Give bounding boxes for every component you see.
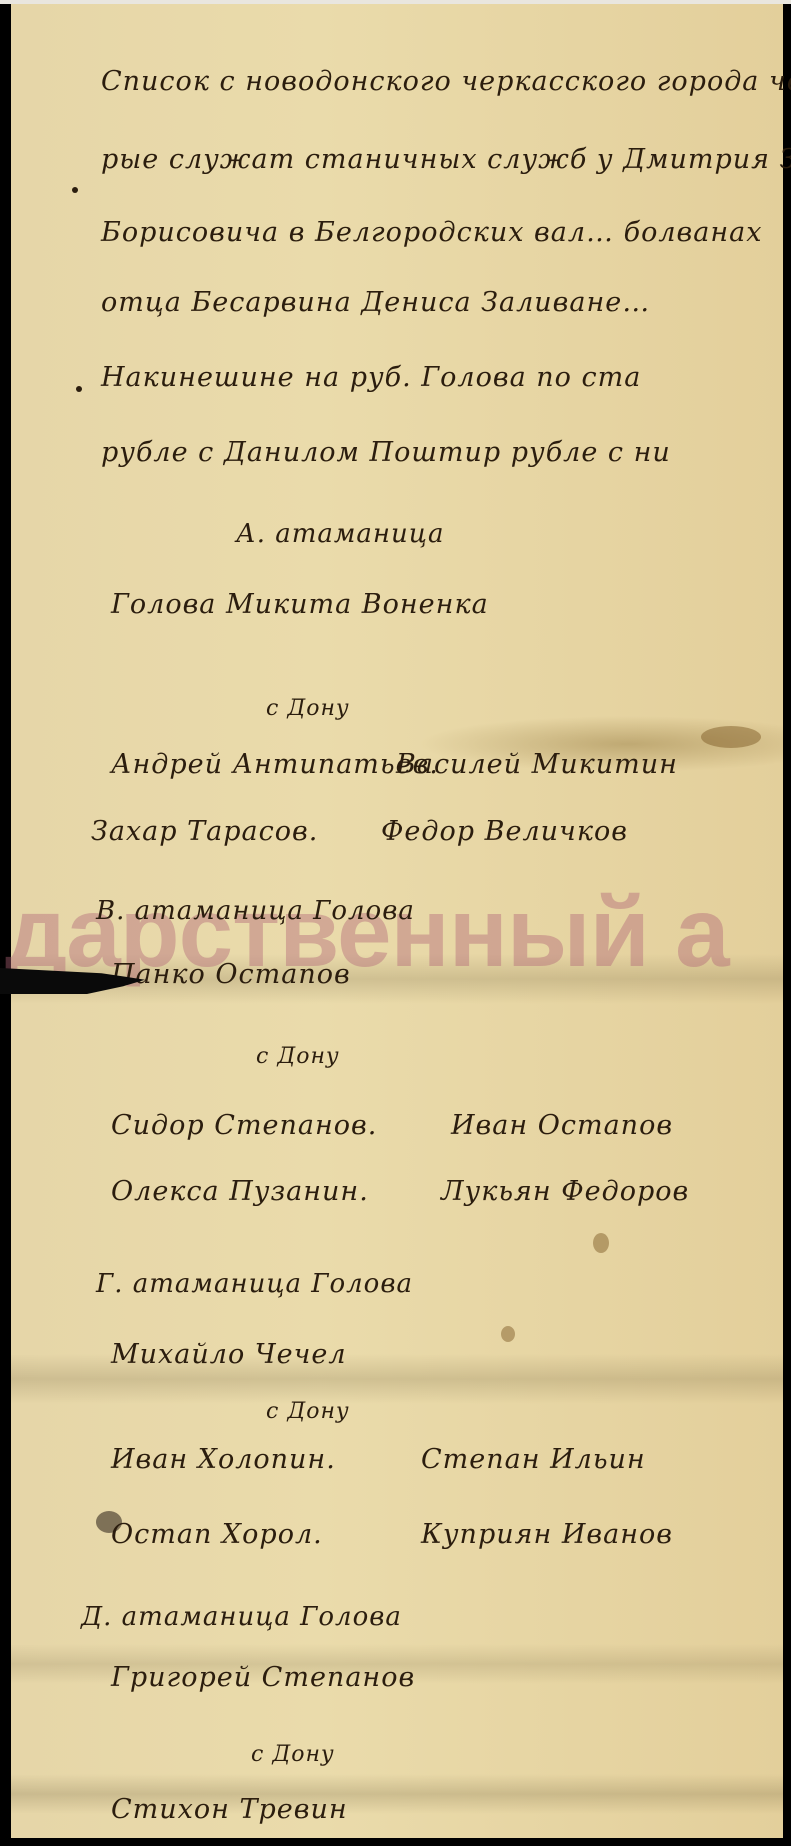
member-name: Захар Тарасов. bbox=[91, 816, 318, 847]
member-name: Василей Микитин bbox=[396, 749, 678, 780]
section-head-line: Панко Остапов bbox=[111, 959, 351, 990]
member-name: Сидор Степанов. bbox=[111, 1110, 377, 1141]
section-heading: Г. атаманица Голова bbox=[96, 1269, 413, 1299]
from-label: с Дону bbox=[266, 1399, 350, 1424]
member-name: Остап Хорол. bbox=[111, 1519, 323, 1550]
from-label: с Дону bbox=[256, 1044, 340, 1069]
from-label: с Дону bbox=[266, 696, 350, 721]
preamble-line: Накинешине на руб. Голова по ста bbox=[101, 362, 641, 393]
section-head-line: Григорей Степанов bbox=[111, 1662, 415, 1693]
preamble-line: Список с новодонского черкасского города… bbox=[101, 66, 791, 97]
ink-stain bbox=[501, 1326, 515, 1342]
preamble-line: рые служат станичных служб у Дмитрия З bbox=[101, 144, 791, 175]
member-name: Степан Ильин bbox=[421, 1444, 646, 1475]
member-name: Иван Холопин. bbox=[111, 1444, 336, 1475]
margin-mark bbox=[72, 187, 78, 193]
section-heading: А. атаманица bbox=[236, 519, 444, 549]
preamble-line: Борисовича в Белгородских вал… болванах bbox=[101, 217, 762, 248]
ink-stain bbox=[593, 1233, 609, 1253]
manuscript-page: дарственный а Список с новодонского черк… bbox=[11, 4, 783, 1838]
member-name: Олекса Пузанин. bbox=[111, 1176, 369, 1207]
member-name: Стихон Тревин bbox=[111, 1794, 348, 1825]
section-head-line: Голова Микита Воненка bbox=[111, 589, 489, 620]
section-heading: Д. атаманица Голова bbox=[81, 1602, 402, 1632]
member-name: Федор Величков bbox=[381, 816, 628, 847]
section-head-line: Михайло Чечел bbox=[111, 1339, 347, 1370]
member-name: Андрей Антипатьев. bbox=[111, 749, 439, 780]
margin-mark bbox=[76, 386, 82, 392]
member-name: Иван Остапов bbox=[451, 1110, 673, 1141]
preamble-line: рубле с Данилом Поштир рубле с ни bbox=[101, 437, 671, 468]
section-heading: В. атаманица Голова bbox=[96, 896, 415, 926]
member-name: Лукьян Федоров bbox=[441, 1176, 689, 1207]
member-name: Куприян Иванов bbox=[421, 1519, 673, 1550]
from-label: с Дону bbox=[251, 1742, 335, 1767]
ink-stain bbox=[701, 726, 761, 748]
preamble-line: отца Бесарвина Дениса Заливане… bbox=[101, 287, 650, 318]
